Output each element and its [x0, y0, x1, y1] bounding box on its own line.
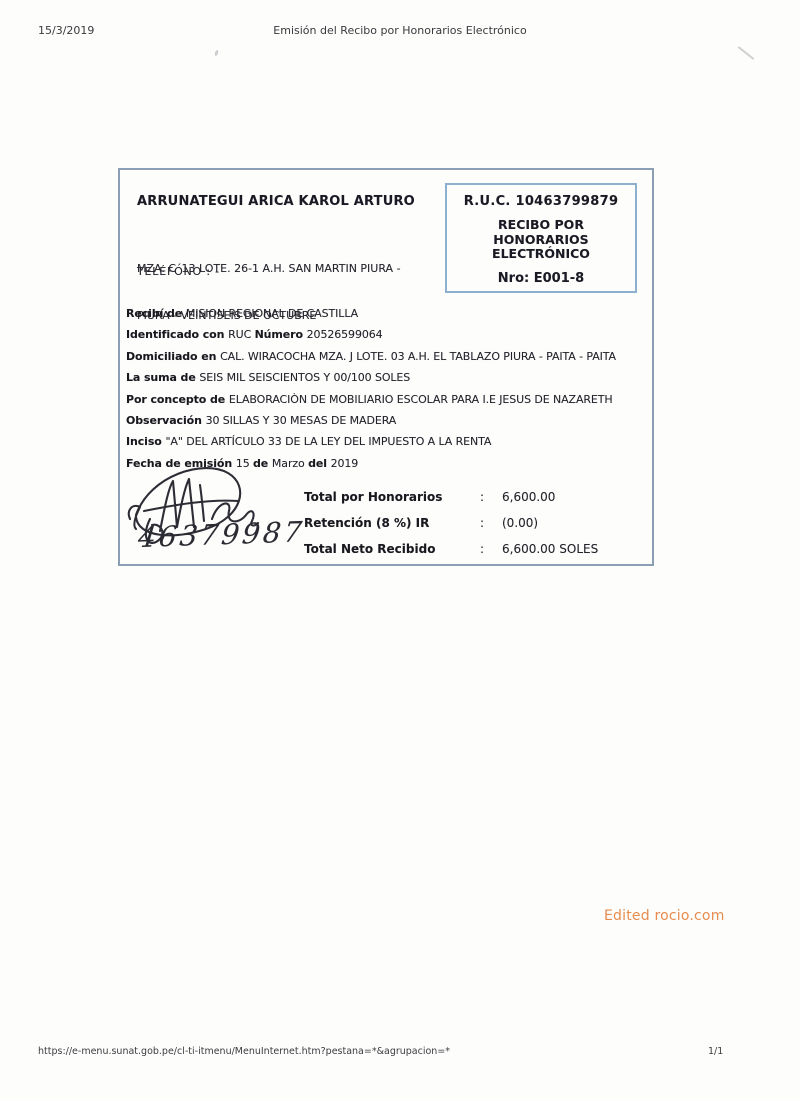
receipt-line-por-concepto-de: Por concepto de ELABORACIÒN DE MOBILIARI…	[126, 393, 650, 414]
total-label: Total por Honorarios	[304, 489, 480, 506]
document-type-line: RECIBO POR	[447, 218, 635, 233]
receipt-field-lines: Recibí de MISION REGIONAL DE CASTILLA Id…	[126, 307, 650, 478]
ruc-number: R.U.C. 10463799879	[447, 194, 635, 209]
line-segment: Recibí de	[126, 307, 186, 320]
receipt-line-domiciliado-en: Domiciliado en CAL. WIRACOCHA MZA. J LOT…	[126, 350, 650, 371]
receipt-line-observacion: Observación 30 SILLAS Y 30 MESAS DE MADE…	[126, 414, 650, 435]
receipt-line-recibi-de: Recibí de MISION REGIONAL DE CASTILLA	[126, 307, 650, 328]
total-label: Total Neto Recibido	[304, 541, 480, 558]
receipt-line-inciso: Inciso "A" DEL ARTÍCULO 33 DE LA LEY DEL…	[126, 435, 650, 456]
line-segment: 30 SILLAS Y 30 MESAS DE MADERA	[206, 414, 397, 427]
receipt-series-number: Nro: E001-8	[447, 271, 635, 286]
total-row: Retención (8 %) IR : (0.00)	[304, 515, 644, 532]
print-footer-url: https://e-menu.sunat.gob.pe/cl-ti-itmenu…	[38, 1046, 450, 1057]
receipt-line-identificado-con: Identificado con RUC Número 20526599064	[126, 328, 650, 349]
total-value: 6,600.00 SOLES	[502, 541, 598, 558]
ruc-box: R.U.C. 10463799879 RECIBO POR HONORARIOS…	[445, 183, 637, 293]
line-segment: Número	[255, 328, 307, 341]
line-segment: 2019	[331, 457, 359, 470]
total-label: Retención (8 %) IR	[304, 515, 480, 532]
line-segment: MISION REGIONAL DE CASTILLA	[186, 307, 358, 320]
line-segment: "A" DEL ARTÍCULO 33 DE LA LEY DEL IMPUES…	[165, 435, 491, 448]
total-row: Total por Honorarios : 6,600.00	[304, 489, 644, 506]
issuer-name: ARRUNATEGUI ARICA KAROL ARTURO	[137, 194, 415, 209]
line-segment: Marzo	[272, 457, 308, 470]
total-colon: :	[480, 541, 502, 558]
line-segment: del	[308, 457, 331, 470]
document-type-line: HONORARIOS	[447, 233, 635, 248]
document-type-line: ELECTRÓNICO	[447, 247, 635, 262]
line-segment: CAL. WIRACOCHA MZA. J LOTE. 03 A.H. EL T…	[220, 350, 616, 363]
scan-artifact	[738, 46, 755, 60]
line-segment: Identificado con	[126, 328, 228, 341]
receipt-line-la-suma-de: La suma de SEIS MIL SEISCIENTOS Y 00/100…	[126, 371, 650, 392]
total-colon: :	[480, 515, 502, 532]
line-segment: Inciso	[126, 435, 165, 448]
scan-artifact	[214, 50, 219, 57]
total-value: 6,600.00	[502, 489, 555, 506]
document-type-title: RECIBO POR HONORARIOS ELECTRÓNICO	[447, 218, 635, 262]
line-segment: ELABORACIÒN DE MOBILIARIO ESCOLAR PARA I…	[229, 393, 613, 406]
printed-receipt-page: 15/3/2019 Emisión del Recibo por Honorar…	[0, 0, 800, 1100]
line-segment: RUC	[228, 328, 254, 341]
print-footer-page-number: 1/1	[708, 1046, 723, 1057]
issuer-phone: TELÉFONO : -	[137, 265, 220, 278]
handwritten-dni-number: 46379987	[137, 515, 307, 554]
line-segment: 20526599064	[307, 328, 383, 341]
print-header-title: Emisión del Recibo por Honorarios Electr…	[0, 24, 800, 37]
total-colon: :	[480, 489, 502, 506]
watermark-edited-rocio: Edited rocio.com	[604, 908, 725, 924]
receipt-box: ARRUNATEGUI ARICA KAROL ARTURO MZA. C´13…	[118, 168, 654, 566]
line-segment: Domiciliado en	[126, 350, 220, 363]
line-segment: La suma de	[126, 371, 199, 384]
totals-block: Total por Honorarios : 6,600.00 Retenció…	[304, 489, 644, 567]
line-segment: Por concepto de	[126, 393, 229, 406]
line-segment: SEIS MIL SEISCIENTOS Y 00/100 SOLES	[199, 371, 410, 384]
total-value: (0.00)	[502, 515, 538, 532]
total-row: Total Neto Recibido : 6,600.00 SOLES	[304, 541, 644, 558]
line-segment: Observación	[126, 414, 206, 427]
